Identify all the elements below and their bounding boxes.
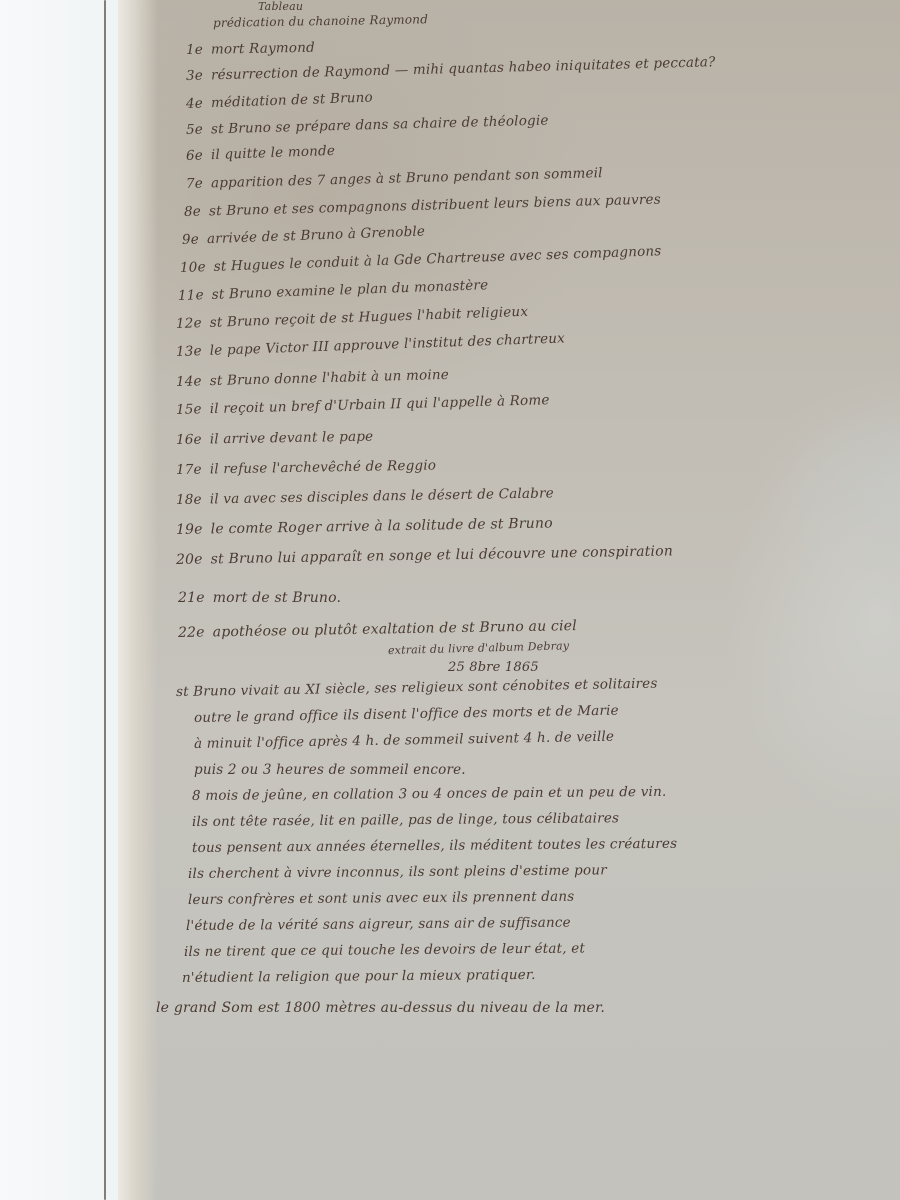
source-note: extrait du livre d'album Debray bbox=[388, 639, 570, 657]
tableau-line: 20est Bruno lui apparaît en songe et lui… bbox=[176, 543, 673, 568]
note-line: leurs confrères et sont unis avec eux il… bbox=[188, 889, 575, 908]
tableau-line: 16eil arrive devant le pape bbox=[176, 429, 374, 448]
note-line: ils ne tirent que ce qui touche les devo… bbox=[184, 941, 585, 960]
tableau-line: 19ele comte Roger arrive à la solitude d… bbox=[176, 515, 553, 538]
note-line: à minuit l'office après 4 h. de sommeil … bbox=[194, 729, 614, 752]
tableau-line: 6eil quitte le monde bbox=[186, 143, 336, 164]
note-line: ils ont tête rasée, lit en paille, pas d… bbox=[192, 810, 619, 830]
tableau-line: 15eil reçoit un bref d'Urbain II qui l'a… bbox=[176, 392, 550, 418]
tableau-line: 9earrivée de st Bruno à Grenoble bbox=[182, 224, 426, 248]
tableau-line: 13ele pape Victor III approuve l'institu… bbox=[176, 330, 566, 360]
note-line: st Bruno vivait au XI siècle, ses religi… bbox=[176, 676, 658, 700]
header-subtitle: prédication du chanoine Raymond bbox=[213, 12, 428, 30]
date: 25 8bre 1865 bbox=[448, 660, 539, 675]
note-line: tous pensent aux années éternelles, ils … bbox=[192, 836, 677, 856]
tableau-line: 21emort de st Bruno. bbox=[178, 590, 341, 606]
tableau-line: 17eil refuse l'archevêché de Reggio bbox=[176, 457, 436, 478]
page-left-edge bbox=[118, 0, 158, 1200]
note-line: ils cherchent à vivre inconnus, ils sont… bbox=[188, 862, 607, 882]
tableau-line: 8est Bruno et ses compagnons distribuent… bbox=[184, 192, 661, 220]
backing-sheet-edge-line bbox=[104, 0, 106, 1200]
note-line: puis 2 ou 3 heures de sommeil encore. bbox=[194, 762, 466, 778]
note-line: outre le grand office ils disent l'offic… bbox=[194, 703, 619, 726]
footer-line: le grand Som est 1800 mètres au-dessus d… bbox=[156, 1000, 605, 1016]
tableau-line: 11est Bruno examine le plan du monastère bbox=[178, 277, 489, 304]
tableau-line: 5est Bruno se prépare dans sa chaire de … bbox=[186, 113, 549, 138]
header-title: Tableau bbox=[258, 0, 303, 13]
tableau-line: 18eil va avec ses disciples dans le dése… bbox=[176, 485, 554, 508]
tableau-line: 1emort Raymond bbox=[186, 40, 315, 58]
tableau-line: 12est Bruno reçoit de st Hugues l'habit … bbox=[176, 304, 529, 332]
tableau-line: 3erésurrection de Raymond — mihi quantas… bbox=[186, 54, 716, 84]
tableau-line: 22eapothéose ou plutôt exaltation de st … bbox=[178, 618, 577, 641]
note-line: l'étude de la vérité sans aigreur, sans … bbox=[186, 915, 571, 934]
note-line: n'étudient la religion que pour la mieux… bbox=[182, 967, 536, 986]
tableau-line: 4eméditation de st Bruno bbox=[186, 89, 373, 112]
manuscript-page: Tableau prédication du chanoine Raymond … bbox=[118, 0, 900, 1200]
tableau-line: 7eapparition des 7 anges à st Bruno pend… bbox=[186, 165, 603, 192]
note-line: 8 mois de jeûne, en collation 3 ou 4 onc… bbox=[192, 784, 667, 804]
tableau-line: 14est Bruno donne l'habit à un moine bbox=[176, 367, 449, 390]
tableau-line: 10est Hugues le conduit à la Gde Chartre… bbox=[180, 243, 662, 276]
